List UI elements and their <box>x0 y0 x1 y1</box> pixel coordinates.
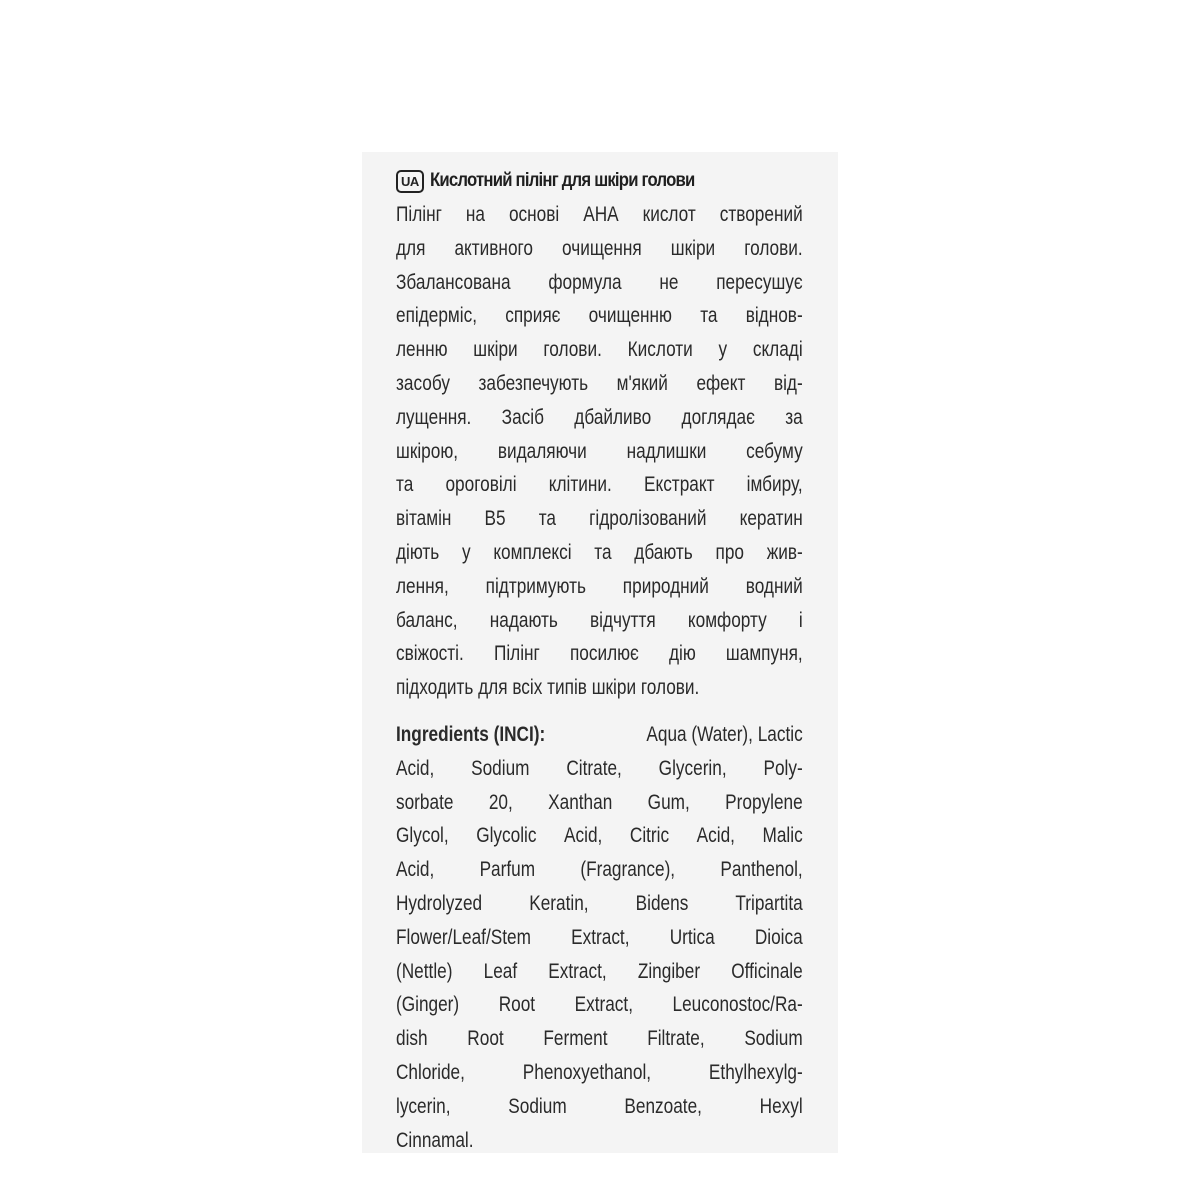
ingredients-line: (Nettle)LeafExtract,ZingiberOfficinale <box>396 955 803 989</box>
description-line: леннюшкіриголови.Кислотиускладі <box>396 333 803 367</box>
description-line: шкірою,видаляючинадлишкисебуму <box>396 435 803 469</box>
ingredients-first-line: Ingredients (INCI): Aqua (Water), Lactic <box>396 718 803 752</box>
description-line: підходить для всіх типів шкіри голови. <box>396 671 803 705</box>
description-line: лення,підтримуютьприроднийводний <box>396 570 803 604</box>
ingredients-line: Acid,Parfum(Fragrance),Panthenol, <box>396 853 803 887</box>
ingredients-line: Flower/Leaf/StemExtract,UrticaDioica <box>396 921 803 955</box>
product-description: ПілінгнаосновіАНАкислотстворений дляакти… <box>396 198 803 705</box>
description-line: лущення.Засібдбайливодоглядаєза <box>396 401 803 435</box>
description-line: дляактивногоочищенняшкіриголови. <box>396 232 803 266</box>
ingredients-line: Chloride,Phenoxyethanol,Ethylhexylg- <box>396 1056 803 1090</box>
description-line: баланс,надаютьвідчуттякомфортуі <box>396 604 803 638</box>
description-line: засобузабезпечуютьм'якийефектвід- <box>396 367 803 401</box>
product-label-panel: UA Кислотний пілінг для шкіри голови Піл… <box>362 152 838 1153</box>
ingredients-line: Acid,SodiumCitrate,Glycerin,Poly- <box>396 752 803 786</box>
ingredients-section: Ingredients (INCI): Aqua (Water), Lactic… <box>396 718 803 1157</box>
ingredients-line: Glycol,GlycolicAcid,CitricAcid,Malic <box>396 819 803 853</box>
ingredients-text: Aqua (Water), Lactic <box>646 718 802 752</box>
ingredients-line: HydrolyzedKeratin,BidensTripartita <box>396 887 803 921</box>
description-line: таороговіліклітини.Екстрактімбиру, <box>396 468 803 502</box>
ingredients-line: (Ginger)RootExtract,Leuconostoc/Ra- <box>396 988 803 1022</box>
product-title: Кислотний пілінг для шкіри голови <box>430 170 694 192</box>
label-header: UA Кислотний пілінг для шкіри голови <box>396 166 804 196</box>
ingredients-line: lycerin,SodiumBenzoate,Hexyl <box>396 1090 803 1124</box>
description-line: ПілінгнаосновіАНАкислотстворений <box>396 198 803 232</box>
description-line: Збалансованаформуланепересушує <box>396 266 803 300</box>
description-line: епідерміс,сприяєочищеннютавіднов- <box>396 299 803 333</box>
description-line: діютьукомплексітадбаютьпрожив- <box>396 536 803 570</box>
description-line: свіжості.Пілінгпосилюєдіюшампуня, <box>396 637 803 671</box>
ingredients-line: dishRootFermentFiltrate,Sodium <box>396 1022 803 1056</box>
ingredients-line: Cinnamal. <box>396 1124 803 1158</box>
ingredients-line: sorbate20,XanthanGum,Propylene <box>396 786 803 820</box>
ingredients-label: Ingredients (INCI): <box>396 718 545 752</box>
language-badge: UA <box>396 170 424 193</box>
description-line: вітамінB5тагідролізованийкератин <box>396 502 803 536</box>
